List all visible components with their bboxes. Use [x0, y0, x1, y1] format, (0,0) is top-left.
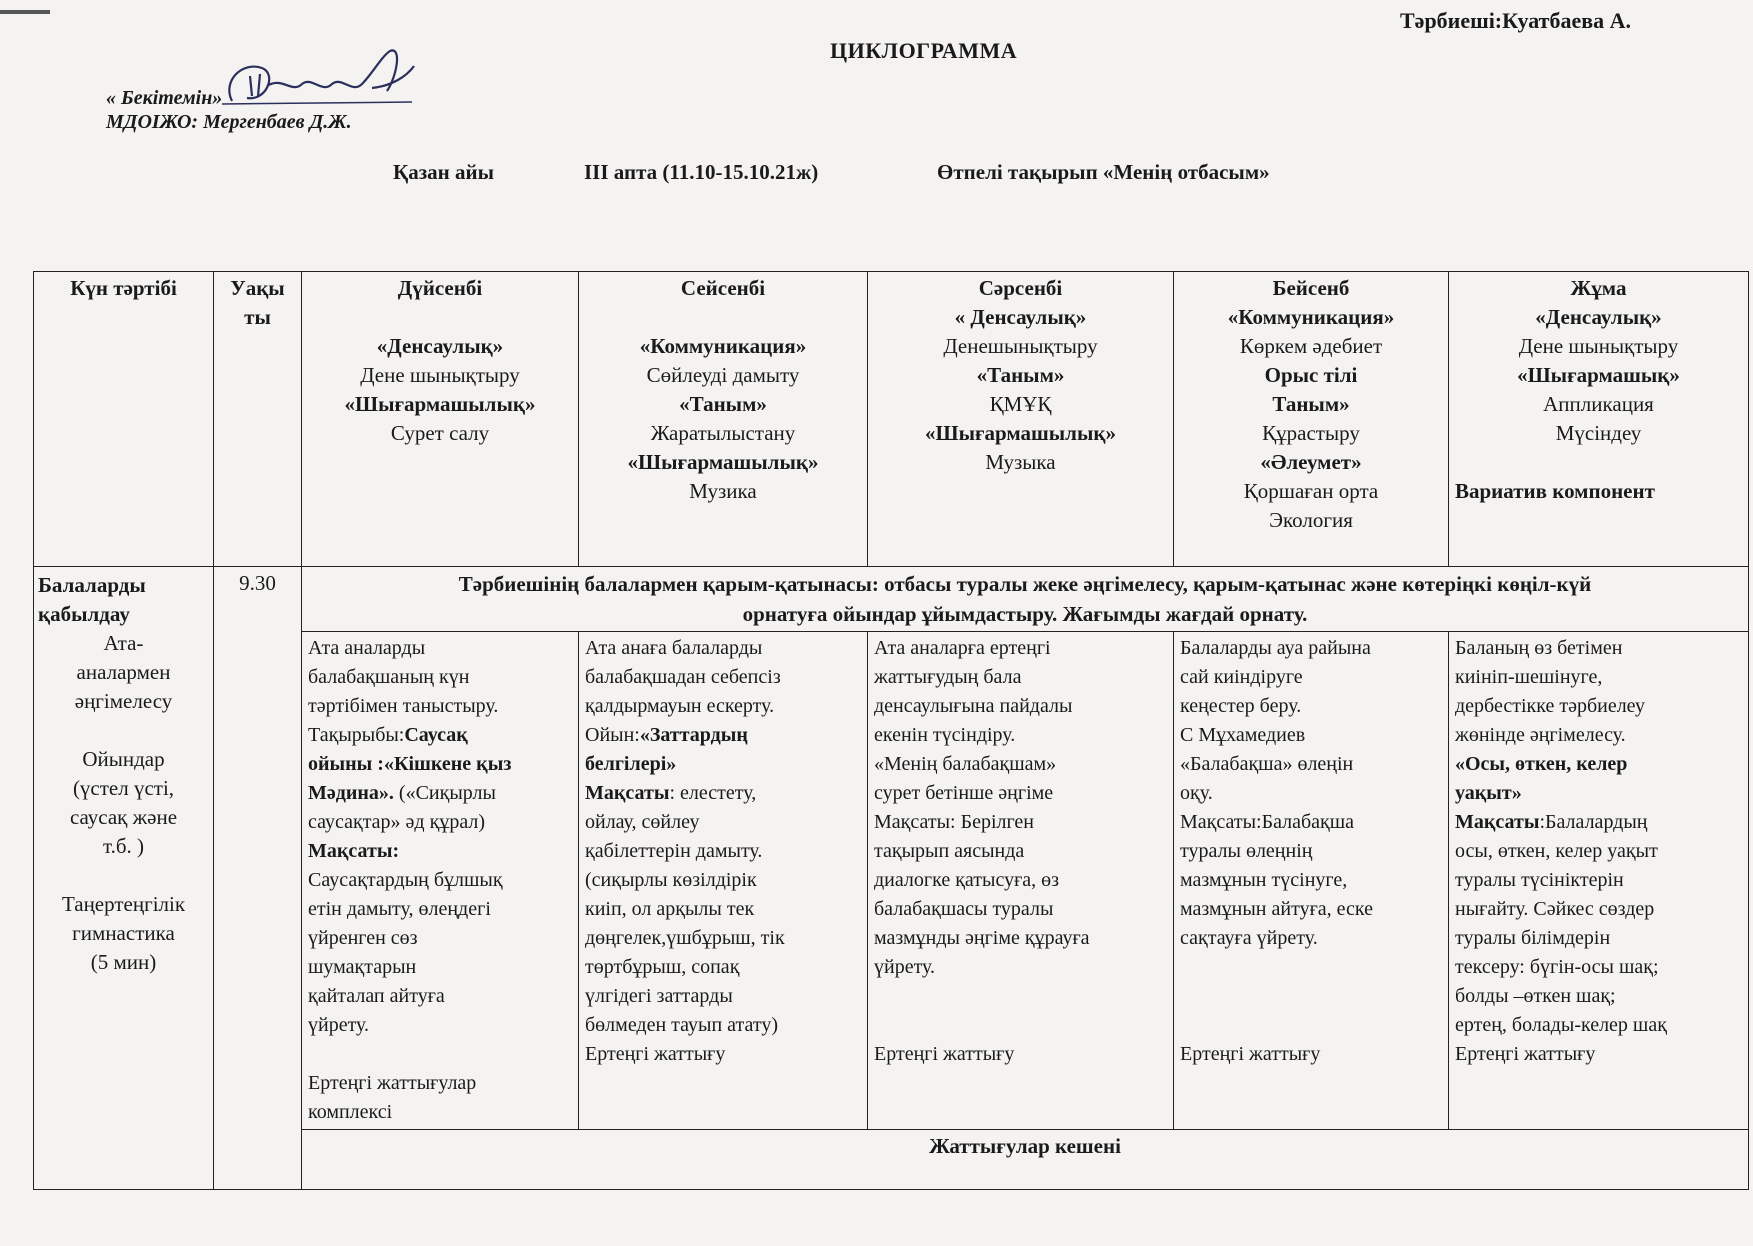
activity-line: сурет бетінше әңгіме [874, 779, 1167, 808]
day-subject-line: Жаратылыстану [585, 419, 861, 448]
day-header-friday: Жұма«Денсаулық»Дене шынықтыру«Шығармашық… [1449, 272, 1749, 567]
day-subject-line: Орыс тілі [1180, 361, 1442, 390]
schedule-line [38, 861, 209, 890]
activity-line: Балаларды ауа райына [1180, 634, 1442, 663]
activity-line: саусақтар» әд құрал) [308, 808, 572, 837]
day-header-monday: Дүйсенбі«Денсаулық»Дене шынықтыру«Шығарм… [302, 272, 579, 567]
activity-line: Тақырыбы:Саусақ [308, 721, 572, 750]
day-header-tuesday: Сейсенбі«Коммуникация»Сөйлеуді дамыту«Та… [579, 272, 868, 567]
day-subject-line: Денешынықтыру [874, 332, 1167, 361]
day-subject-line: Құрастыру [1180, 419, 1442, 448]
activity-line: С Мұхамедиев [1180, 721, 1442, 750]
activity-line: дербестікке тәрбиелеу [1455, 692, 1742, 721]
activity-line: үйренген сөз [308, 924, 572, 953]
activity-line: үйрету. [308, 1011, 572, 1040]
activity-line: жаттығудың бала [874, 663, 1167, 692]
activity-line: Мәдина». («Сиқырлы [308, 779, 572, 808]
page-edge-mark [0, 10, 50, 14]
schedule-line [38, 716, 209, 745]
activity-line: үлгідегі заттарды [585, 982, 861, 1011]
day-subject-line: Көркем әдебиет [1180, 332, 1442, 361]
week-label: ІІІ апта (11.10-15.10.21ж) [584, 160, 818, 185]
signature-icon [222, 46, 422, 116]
activity-line [874, 982, 1167, 1011]
activity-line: етін дамыту, өлеңдегі [308, 895, 572, 924]
activity-line: қалдырмауын ескерту. [585, 692, 861, 721]
activity-line: тәртібімен таныстыру. [308, 692, 572, 721]
activity-line: «Осы, өткен, келер [1455, 750, 1742, 779]
activity-line: «Балабақша» өлеңін [1180, 750, 1442, 779]
activity-line: сақтауға үйрету. [1180, 924, 1442, 953]
exercise-complex-cell: Жаттығулар кешені [302, 1130, 1749, 1190]
activity-line: Ата аналарға ертеңгі [874, 634, 1167, 663]
activity-line: нығайту. Сәйкес сөздер [1455, 895, 1742, 924]
activity-line: екенін түсіндіру. [874, 721, 1167, 750]
activity-line: мазмұнын түсінуге, [1180, 866, 1442, 895]
day-subject-line [585, 303, 861, 332]
activity-line: комплексі [308, 1098, 572, 1127]
activity-line: балабақшадан себепсіз [585, 663, 861, 692]
activity-line: қабілеттерін дамыту. [585, 837, 861, 866]
day-subject-line: «Таным» [874, 361, 1167, 390]
activity-cell-tuesday: Ата анаға балалардыбалабақшадан себепсіз… [579, 632, 868, 1130]
activity-line: Ата аналарды [308, 634, 572, 663]
activity-line: оқу. [1180, 779, 1442, 808]
activity-line: Мақсаты:Балалардың [1455, 808, 1742, 837]
activity-line: мазмұнды әңгіме құрауға [874, 924, 1167, 953]
activity-line: Ертеңгі жаттығулар [308, 1069, 572, 1098]
activity-line: ойлау, сөйлеу [585, 808, 861, 837]
day-subject-line: Вариатив компонент [1455, 477, 1742, 506]
day-name: Бейсенб [1180, 274, 1442, 303]
col-schedule-header: Күн тәртібі [34, 272, 214, 567]
activity-line: уақыт» [1455, 779, 1742, 808]
schedule-cell-reception: Балаларды қабылдау Ата-аналарменәңгімеле… [34, 567, 214, 1190]
reception-row: Балаларды қабылдау Ата-аналарменәңгімеле… [34, 567, 1749, 632]
day-subject-line: «Әлеумет» [1180, 448, 1442, 477]
schedule-line: Ата- [38, 629, 209, 658]
activity-line: Ойын:«Заттардың [585, 721, 861, 750]
activity-line: Ертеңгі жаттығу [1180, 1040, 1442, 1069]
greeting-text-cell: Тәрбиешінің балалармен қарым-қатынасы: о… [302, 567, 1749, 632]
activity-line: сай киіндіруге [1180, 663, 1442, 692]
activity-line: осы, өткен, келер уақыт [1455, 837, 1742, 866]
activity-cell-friday: Баланың өз бетіменкиініп-шешінуге,дербес… [1449, 632, 1749, 1130]
activity-line: Ертеңгі жаттығу [874, 1040, 1167, 1069]
day-subject-line: «Шығармашық» [1455, 361, 1742, 390]
day-subject-line: ҚМҰҚ [874, 390, 1167, 419]
day-header-wednesday: Сәрсенбі« Денсаулық»Денешынықтыру«Таным»… [868, 272, 1174, 567]
schedule-line: Таңертеңгілік [38, 890, 209, 919]
approval-block: « Бекітемін» МДОІЖО: Мергенбаев Д.Ж. [106, 70, 417, 134]
day-subject-line: «Таным» [585, 390, 861, 419]
day-header-thursday: Бейсенб«Коммуникация»Көркем әдебиетОрыс … [1174, 272, 1449, 567]
schedule-line: (үстел үсті, [38, 774, 209, 803]
schedule-line: аналармен [38, 658, 209, 687]
activity-cell-monday: Ата аналардыбалабақшаның күнтәртібімен т… [302, 632, 579, 1130]
time-cell: 9.30 [214, 567, 302, 1190]
activity-line [1180, 1011, 1442, 1040]
activity-line: жөнінде әңгімелесу. [1455, 721, 1742, 750]
day-subject-line: «Коммуникация» [585, 332, 861, 361]
day-subject-line: Мүсіндеу [1455, 419, 1742, 448]
header-row: Күн тәртібі Уақыты Дүйсенбі«Денсаулық»Де… [34, 272, 1749, 567]
activity-line: ойыны :«Кішкене қыз [308, 750, 572, 779]
day-subject-line: «Денсаулық» [1455, 303, 1742, 332]
schedule-line: әңгімелесу [38, 687, 209, 716]
day-subject-line [308, 303, 572, 332]
teacher-name: Тәрбиеші:Куатбаева А. [1400, 8, 1631, 34]
activity-line: киіп, ол арқылы тек [585, 895, 861, 924]
activity-line: ертең, болады-келер шақ [1455, 1011, 1742, 1040]
activity-line [1180, 982, 1442, 1011]
activity-line: Ертеңгі жаттығу [585, 1040, 861, 1069]
activity-line: Саусақтардың бұлшық [308, 866, 572, 895]
activity-line [308, 1040, 572, 1069]
day-subject-line: Музика [585, 477, 861, 506]
activity-line: киініп-шешінуге, [1455, 663, 1742, 692]
day-name: Сәрсенбі [874, 274, 1167, 303]
activity-line: дөңгелек,үшбұрыш, тік [585, 924, 861, 953]
theme-label: Өтпелі тақырып «Менің отбасым» [937, 160, 1270, 185]
activity-line: денсаулығына пайдалы [874, 692, 1167, 721]
day-subject-line: «Шығармашылық» [585, 448, 861, 477]
month-label: Қазан айы [393, 160, 494, 185]
cyclogram-table: Күн тәртібі Уақыты Дүйсенбі«Денсаулық»Де… [33, 271, 1749, 1190]
day-subject-line: « Денсаулық» [874, 303, 1167, 332]
activity-line: кеңестер беру. [1180, 692, 1442, 721]
activity-line: Ертеңгі жаттығу [1455, 1040, 1742, 1069]
activity-line: (сиқырлы көзілдірік [585, 866, 861, 895]
activity-line: болды –өткен шақ; [1455, 982, 1742, 1011]
activity-line [1180, 953, 1442, 982]
activity-line: тексеру: бүгін-осы шақ; [1455, 953, 1742, 982]
day-subject-line [1455, 448, 1742, 477]
activity-line: балабақшаның күн [308, 663, 572, 692]
activity-line: тақырып аясында [874, 837, 1167, 866]
activity-line: «Менің балабақшам» [874, 750, 1167, 779]
activity-line [874, 1011, 1167, 1040]
activity-line: шумақтарын [308, 953, 572, 982]
day-subject-line: Таным» [1180, 390, 1442, 419]
schedule-line: саусақ және [38, 803, 209, 832]
day-subject-line: Музыка [874, 448, 1167, 477]
day-name: Дүйсенбі [308, 274, 572, 303]
signature [222, 70, 417, 110]
schedule-line: т.б. ) [38, 832, 209, 861]
activity-line: үйрету. [874, 953, 1167, 982]
activity-line: туралы өлеңнің [1180, 837, 1442, 866]
activity-line: белгілері» [585, 750, 861, 779]
activity-line: Мақсаты: [308, 837, 572, 866]
day-subject-line: Экология [1180, 506, 1442, 535]
activity-cell-wednesday: Ата аналарға ертеңгіжаттығудың баладенса… [868, 632, 1174, 1130]
activity-line: туралы білімдерін [1455, 924, 1742, 953]
activity-cell-thursday: Балаларды ауа райынасай киіндіругекеңест… [1174, 632, 1449, 1130]
schedule-line: (5 мин) [38, 948, 209, 977]
activity-line: диалогке қатысуға, өз [874, 866, 1167, 895]
day-name: Сейсенбі [585, 274, 861, 303]
activity-line: бөлмеден тауып атату) [585, 1011, 861, 1040]
day-subject-line: Дене шынықтыру [1455, 332, 1742, 361]
col-time-header: Уақыты [214, 272, 302, 567]
approve-label: « Бекітемін» [106, 87, 222, 109]
day-subject-line: Дене шынықтыру [308, 361, 572, 390]
day-subject-line: Аппликация [1455, 390, 1742, 419]
activity-line: Ата анаға балаларды [585, 634, 861, 663]
activity-line: Мақсаты: елестету, [585, 779, 861, 808]
activity-line: туралы түсініктерін [1455, 866, 1742, 895]
day-subject-line: Сөйлеуді дамыту [585, 361, 861, 390]
day-name: Жұма [1455, 274, 1742, 303]
schedule-line: гимнастика [38, 919, 209, 948]
activity-line: қайталап айтуға [308, 982, 572, 1011]
day-subject-line: «Денсаулық» [308, 332, 572, 361]
day-subject-line: «Шығармашылық» [308, 390, 572, 419]
activity-line: Баланың өз бетімен [1455, 634, 1742, 663]
activity-line: Мақсаты:Балабақша [1180, 808, 1442, 837]
activity-line: Мақсаты: Берілген [874, 808, 1167, 837]
day-subject-line: «Коммуникация» [1180, 303, 1442, 332]
day-subject-line: Қоршаған орта [1180, 477, 1442, 506]
schedule-line: Ойындар [38, 745, 209, 774]
activity-line: төртбұрыш, сопақ [585, 953, 861, 982]
day-subject-line: «Шығармашылық» [874, 419, 1167, 448]
page-title: ЦИКЛОГРАММА [830, 38, 1017, 64]
activity-line: мазмұнын айтуға, еске [1180, 895, 1442, 924]
activity-line: балабақшасы туралы [874, 895, 1167, 924]
day-subject-line: Сурет салу [308, 419, 572, 448]
